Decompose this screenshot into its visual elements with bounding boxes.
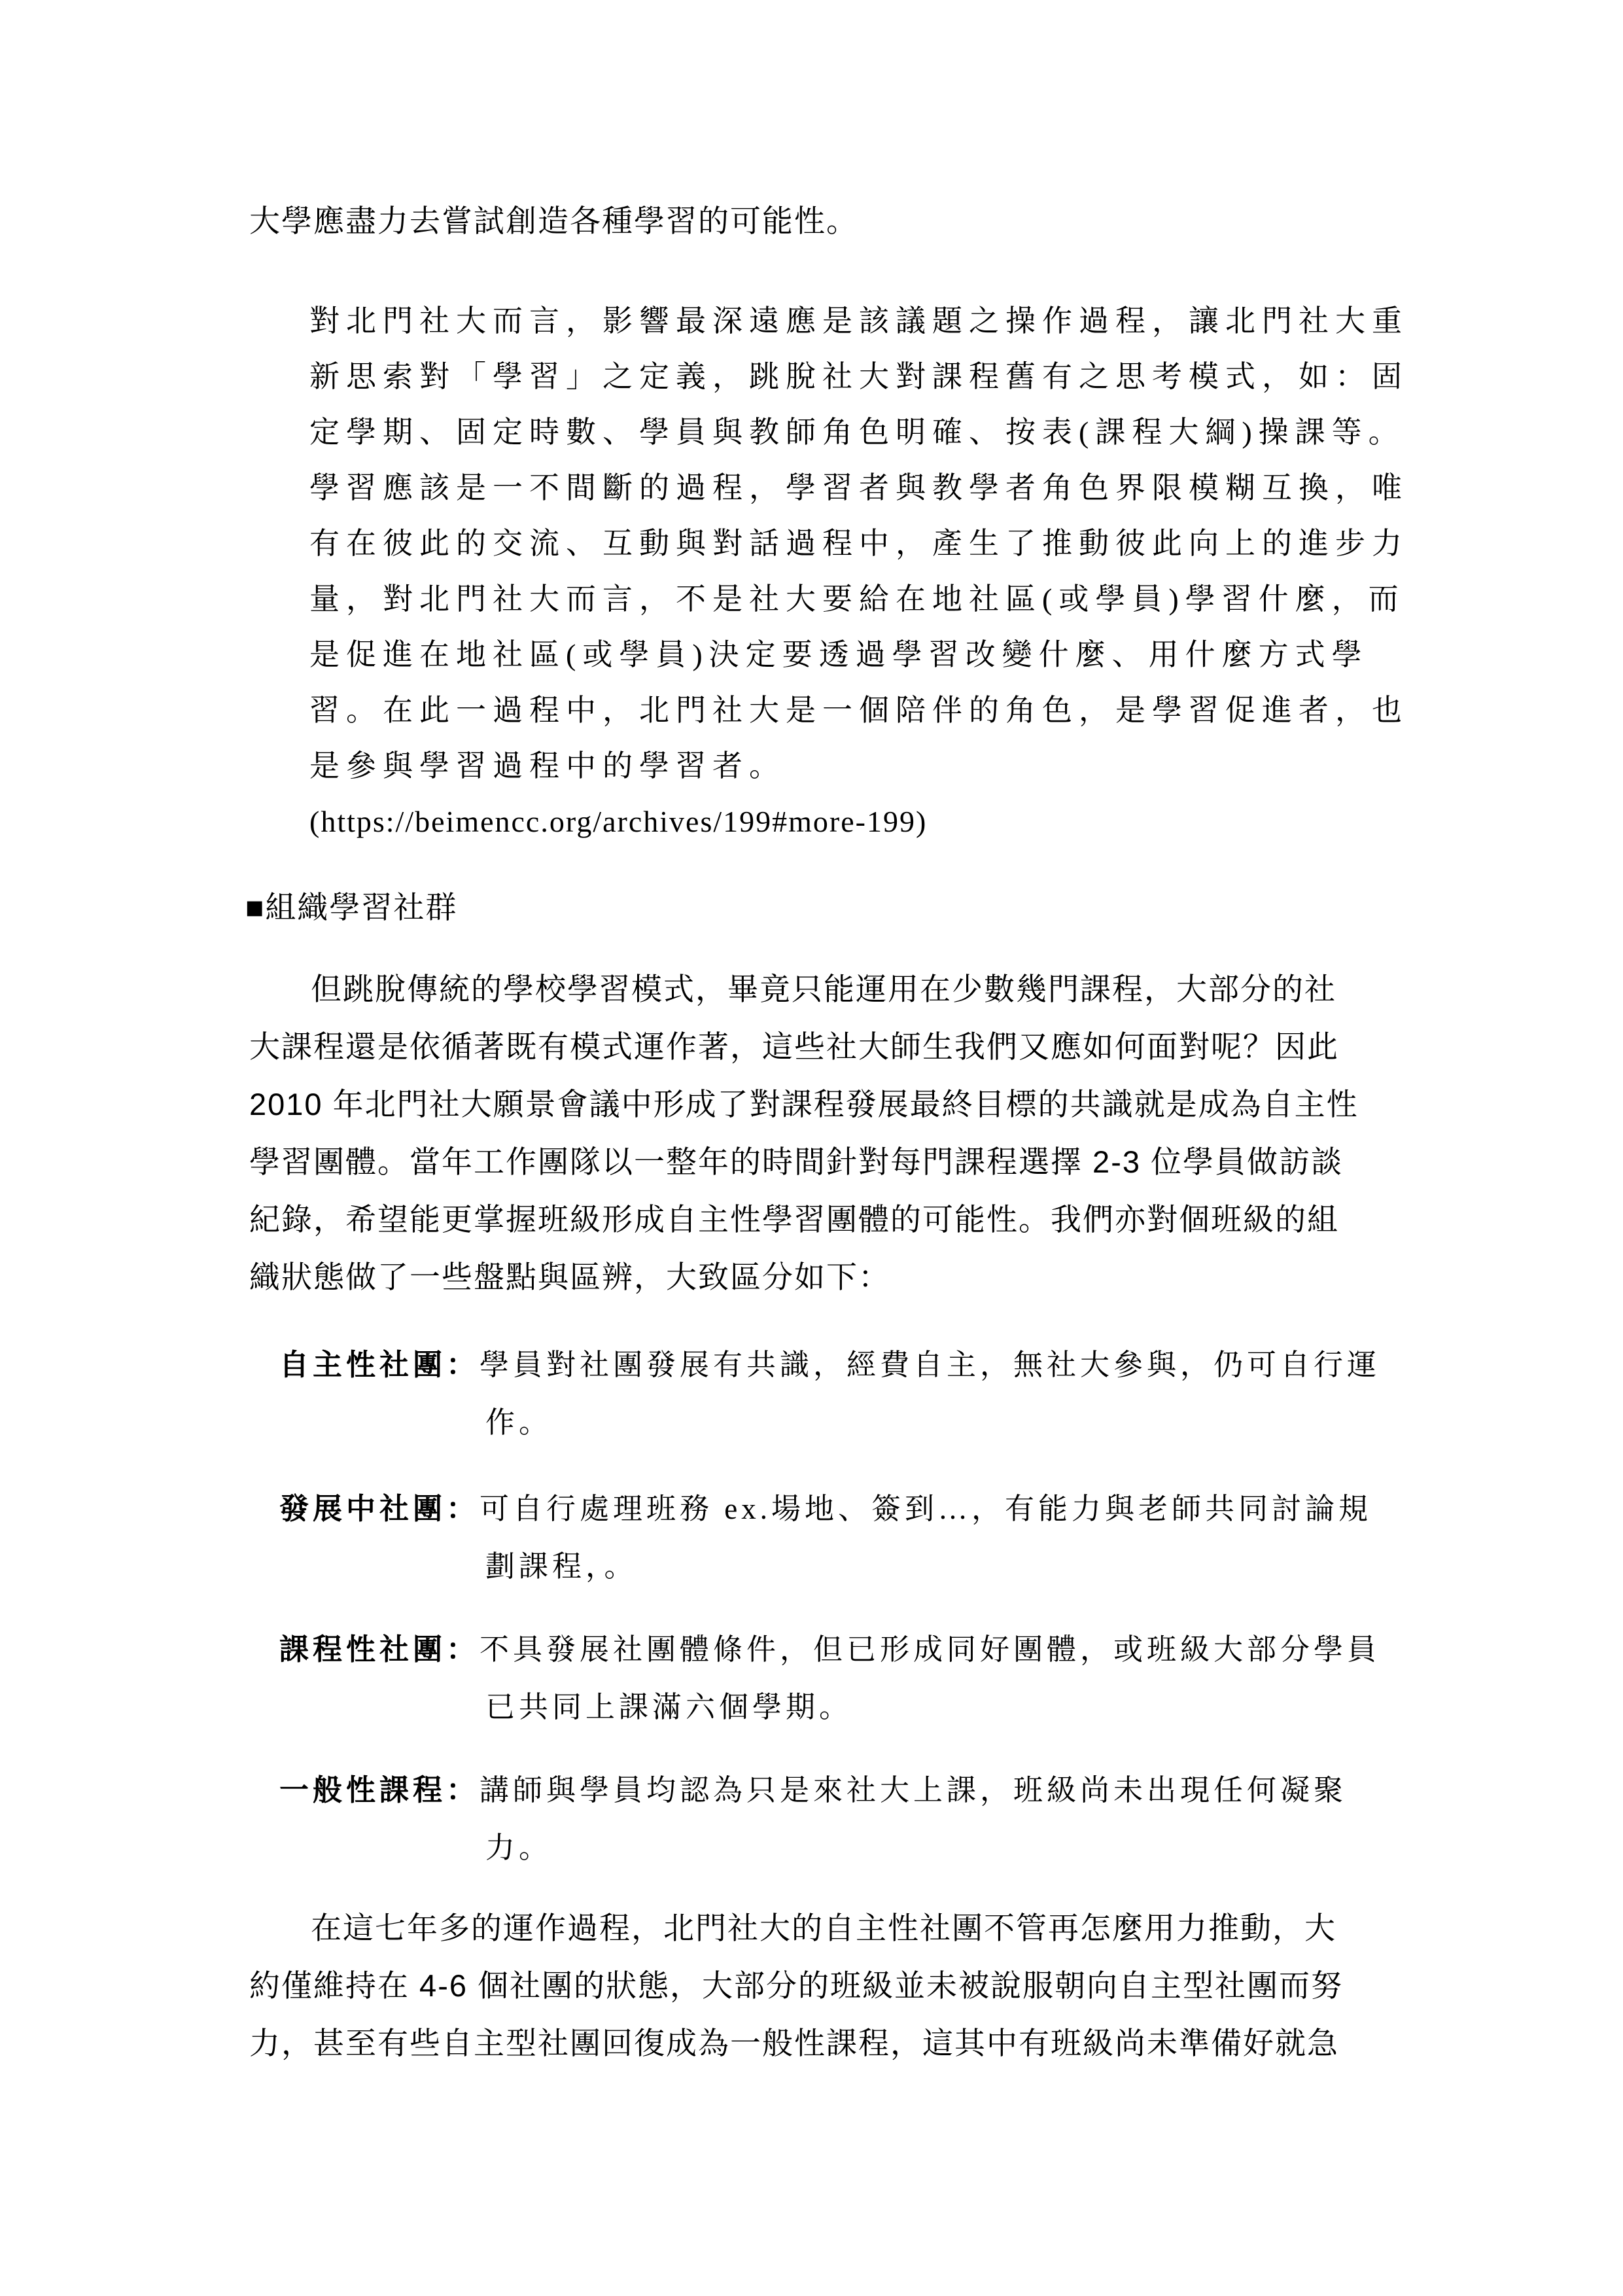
quote-line: 量，對北門社大而言，不是社大要給在地社區(或學員)學習什麼，而 (309, 571, 1395, 627)
definition-text: 可自行處理班務 ex.場地、簽到…，有能力與老師共同討論規 (480, 1492, 1372, 1525)
paragraph-1: 但跳脫傳統的學校學習模式，畢竟只能運用在少數幾門課程，大部分的社 大課程還是依循… (249, 961, 1387, 1306)
intro-line: 大學應盡力去嘗試創造各種學習的可能性。 (249, 198, 1387, 244)
definition-text: 學員對社團發展有共識，經費自主，無社大參與，仍可自行運 (480, 1349, 1380, 1381)
section-heading: ■組織學習社群 (245, 885, 1384, 930)
quote-line: 是參與學習過程中的學習者。 (309, 738, 1395, 794)
paragraph-line: 2010 年北門社大願景會議中形成了對課程發展最終目標的共識就是成為自主性 (249, 1076, 1387, 1133)
paragraph-line: 約僅維持在 4-6 個社團的狀態，大部分的班級並未被說服朝向自主型社團而努 (249, 1957, 1387, 2015)
source-url: (https://beimencc.org/archives/199#more-… (309, 794, 1395, 849)
definition-text: 講師與學員均認為只是來社大上課，班級尚未出現任何凝聚 (480, 1774, 1347, 1807)
definition-text-wrap: 作。 (279, 1394, 1391, 1451)
paragraph-line: 但跳脫傳統的學校學習模式，畢竟只能運用在少數幾門課程，大部分的社 (249, 961, 1387, 1018)
paragraph-line: 織狀態做了一些盤點與區辨，大致區分如下： (249, 1248, 1387, 1306)
paragraph-line: 紀錄，希望能更掌握班級形成自主性學習團體的可能性。我們亦對個班級的組 (249, 1191, 1387, 1248)
definition-label: 課程性社團： (279, 1633, 480, 1666)
definition-item: 一般性課程：講師與學員均認為只是來社大上課，班級尚未出現任何凝聚 力。 (279, 1761, 1391, 1877)
paragraph-2: 在這七年多的運作過程，北門社大的自主性社團不管再怎麼用力推動，大 約僅維持在 4… (249, 1899, 1387, 2072)
definition-label: 一般性課程： (279, 1774, 480, 1807)
quote-block: 對北門社大而言，影響最深遠應是該議題之操作過程，讓北門社大重 新思索對「學習」之… (309, 293, 1395, 849)
quote-line: 有在彼此的交流、互動與對話過程中，產生了推動彼此向上的進步力 (309, 516, 1395, 571)
quote-line: 新思索對「學習」之定義，跳脫社大對課程舊有之思考模式，如：固 (309, 349, 1395, 404)
definition-item: 自主性社團：學員對社團發展有共識，經費自主，無社大參與，仍可自行運 作。 (279, 1336, 1391, 1451)
quote-line: 定學期、固定時數、學員與教師角色明確、按表(課程大綱)操課等。 (309, 404, 1395, 460)
definition-text-wrap: 力。 (279, 1819, 1391, 1877)
quote-line: 是促進在地社區(或學員)決定要透過學習改變什麼、用什麼方式學 (309, 627, 1395, 682)
definition-item: 發展中社團：可自行處理班務 ex.場地、簽到…，有能力與老師共同討論規 劃課程，… (279, 1480, 1391, 1595)
definition-item: 課程性社團：不具發展社團體條件，但已形成同好團體，或班級大部分學員 已共同上課滿… (279, 1621, 1391, 1736)
definition-label: 發展中社團： (279, 1492, 480, 1525)
quote-line: 學習應該是一不間斷的過程，學習者與教學者角色界限模糊互換，唯 (309, 460, 1395, 516)
quote-line: 習。在此一過程中，北門社大是一個陪伴的角色，是學習促進者，也 (309, 682, 1395, 738)
paragraph-line: 學習團體。當年工作團隊以一整年的時間針對每門課程選擇 2-3 位學員做訪談 (249, 1133, 1387, 1191)
definition-text-wrap: 已共同上課滿六個學期。 (279, 1678, 1391, 1736)
paragraph-line: 在這七年多的運作過程，北門社大的自主性社團不管再怎麼用力推動，大 (249, 1899, 1387, 1957)
definition-label: 自主性社團： (279, 1349, 480, 1381)
paragraph-line: 力，甚至有些自主型社團回復成為一般性課程，這其中有班級尚未準備好就急 (249, 2015, 1387, 2072)
definition-text: 不具發展社團體條件，但已形成同好團體，或班級大部分學員 (480, 1633, 1380, 1666)
definition-text-wrap: 劃課程，。 (279, 1538, 1391, 1595)
paragraph-line: 大課程還是依循著既有模式運作著，這些社大師生我們又應如何面對呢？因此 (249, 1018, 1387, 1076)
quote-line: 對北門社大而言，影響最深遠應是該議題之操作過程，讓北門社大重 (309, 293, 1395, 349)
document-page: 大學應盡力去嘗試創造各種學習的可能性。 對北門社大而言，影響最深遠應是該議題之操… (0, 0, 1623, 2296)
